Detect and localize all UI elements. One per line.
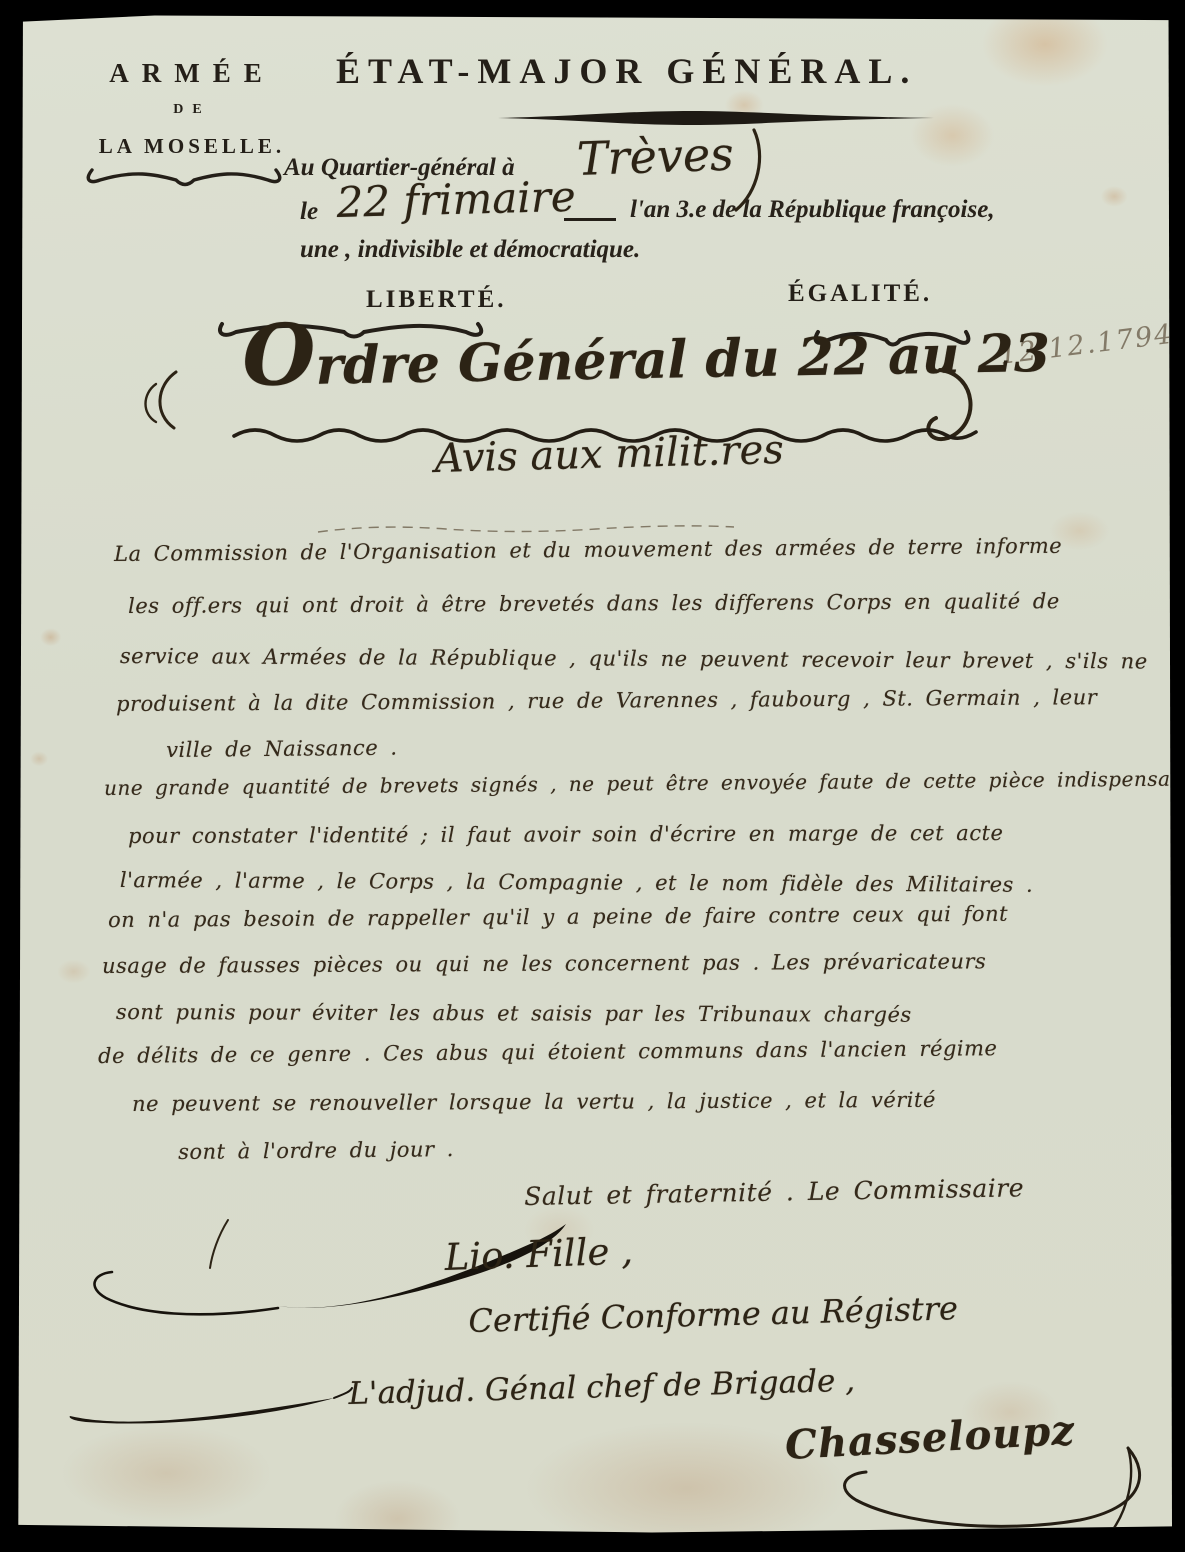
army-brace-ornament	[84, 164, 284, 190]
swelled-rule	[496, 110, 936, 126]
body-line: La Commission de l'Organisation et du mo…	[114, 534, 1062, 566]
commissaire-signature: Lio. Fille ,	[444, 1229, 634, 1279]
document-paper: ARMÉE DE LA MOSELLE. ÉTAT-MAJOR GÉNÉRAL.…	[16, 14, 1172, 1534]
role-lead-swash	[64, 1384, 354, 1430]
body-line: ne peuvent se renouveller lorsque la ver…	[132, 1088, 936, 1116]
page-title: ÉTAT-MAJOR GÉNÉRAL.	[336, 50, 917, 92]
body-line: sont à l'ordre du jour .	[178, 1137, 454, 1164]
order-subtitle: Avis aux milit.res	[434, 427, 784, 482]
army-name-line2: DE	[102, 102, 282, 118]
body-line: de délits de ce genre . Ces abus qui éto…	[98, 1036, 998, 1068]
motto-line: une , indivisible et démocratique.	[300, 236, 640, 264]
date-suffix: l'an 3.e de la République françoise,	[630, 196, 995, 224]
body-line: produisent à la dite Commission , rue de…	[116, 685, 1097, 716]
body-line: usage de fausses pièces ou qui ne les co…	[102, 949, 986, 978]
body-line: l'armée , l'arme , le Corps , la Compagn…	[120, 868, 1033, 897]
body-line: pour constater l'identité ; il faut avoi…	[128, 821, 1003, 848]
egalite-label: ÉGALITÉ.	[788, 280, 932, 308]
army-name-line3: LA MOSELLE.	[82, 134, 302, 159]
scanned-document: ARMÉE DE LA MOSELLE. ÉTAT-MAJOR GÉNÉRAL.…	[0, 0, 1185, 1552]
adjudant-signature-flourish	[760, 1442, 1160, 1542]
date-prefix: le	[300, 198, 318, 226]
liberte-label: LIBERTÉ.	[366, 286, 507, 314]
body-line: une grande quantité de brevets signés , …	[104, 766, 1185, 800]
closing-salutation: Salut et fraternité . Le Commissaire	[524, 1173, 1024, 1211]
date-handwritten: 22 frimaire	[336, 172, 576, 227]
body-line: on n'a pas besoin de rappeller qu'il y a…	[108, 902, 1008, 932]
body-line: ville de Naissance .	[166, 736, 398, 762]
dateline-dash	[564, 218, 616, 221]
body-line: les off.ers qui ont droit à être breveté…	[128, 589, 1060, 618]
adjudant-role-line: L'adjud. Génal chef de Brigade ,	[348, 1363, 855, 1412]
army-name-line1: ARMÉE	[102, 58, 282, 89]
body-line: sont punis pour éviter les abus et saisi…	[116, 1000, 912, 1027]
body-line: service aux Armées de la République , qu…	[120, 644, 1148, 673]
subtitle-dashed-underline	[316, 522, 736, 536]
